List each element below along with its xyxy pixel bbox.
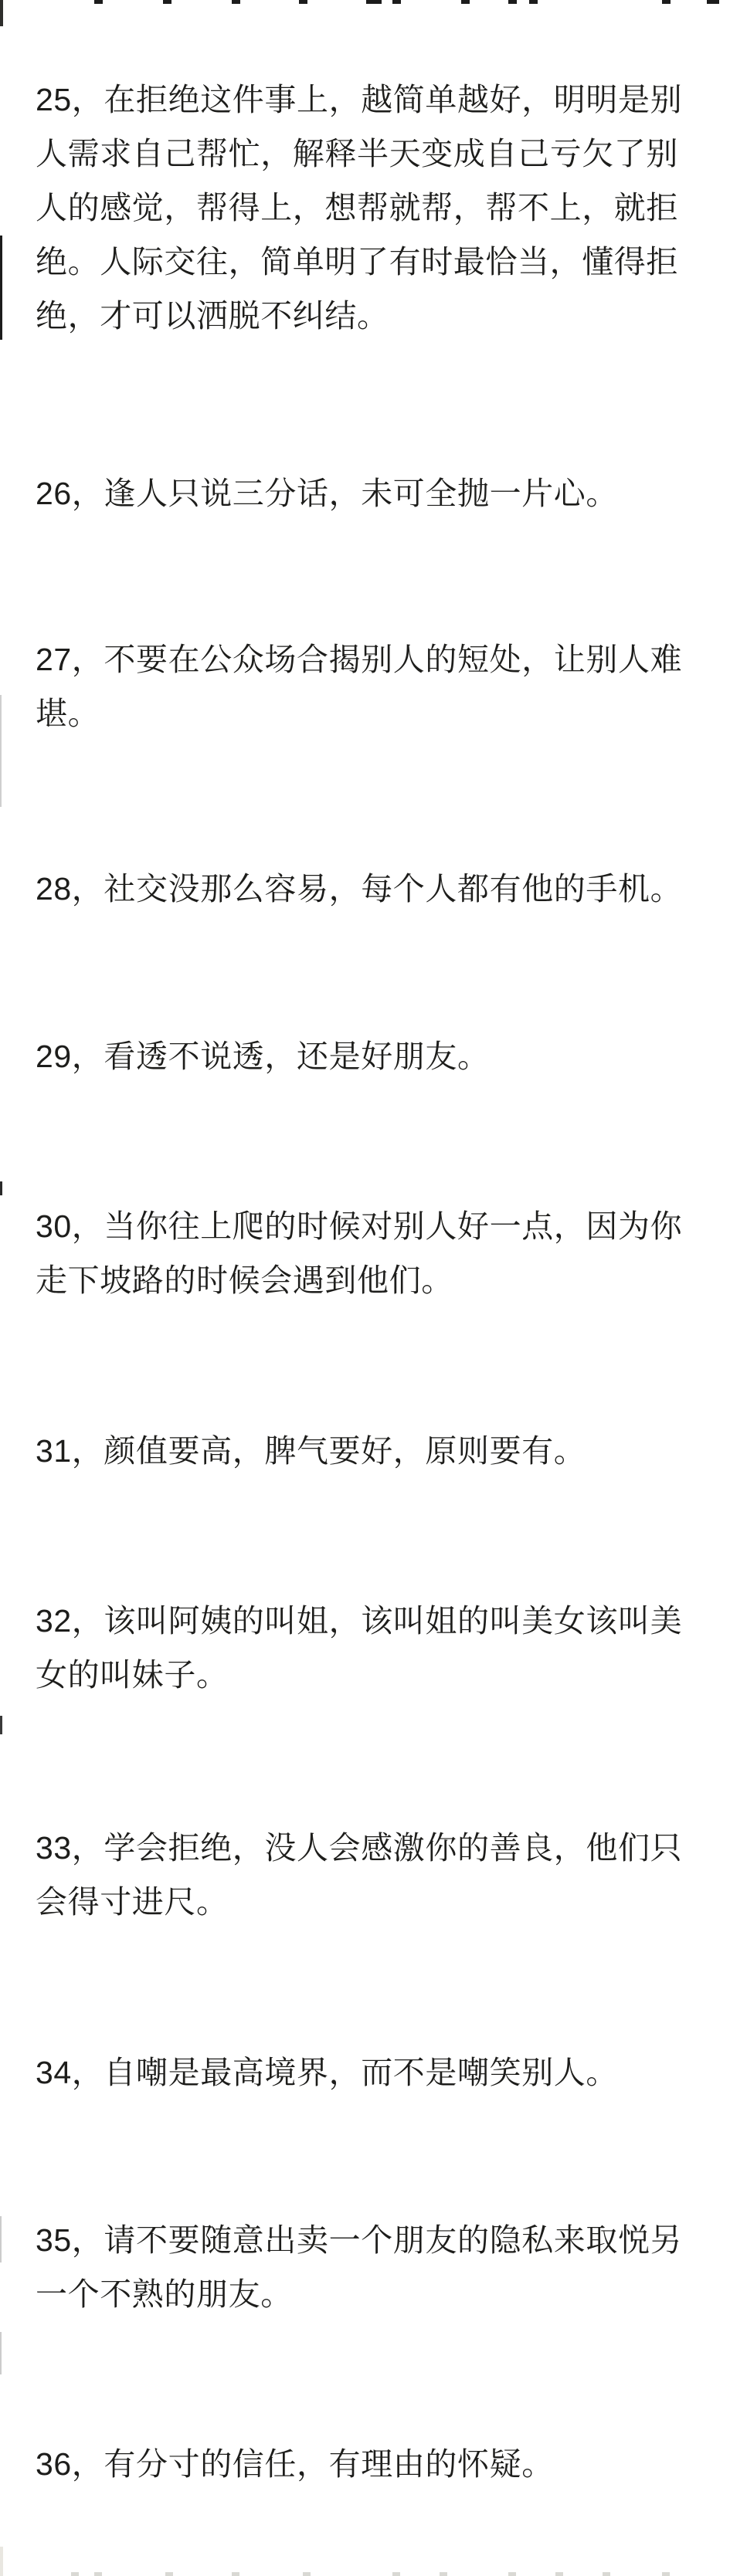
crop-artifact	[707, 0, 719, 4]
tip-31: 31，颜值要高，脾气要好，原则要有。	[36, 1424, 683, 1478]
crop-artifact	[94, 0, 103, 4]
crop-artifact	[0, 1716, 2, 1734]
tip-36: 36，有分寸的信任，有理由的怀疑。	[36, 2437, 683, 2491]
tip-32: 32，该叫阿姨的叫姐，该叫姐的叫美女该叫美女的叫妹子。	[36, 1594, 683, 1702]
crop-artifact	[303, 2572, 311, 2576]
crop-artifact	[0, 2547, 3, 2576]
tip-35: 35，请不要随意出卖一个朋友的隐私来取悦另一个不熟的朋友。	[36, 2213, 683, 2321]
crop-artifact	[232, 0, 240, 4]
crop-artifact	[529, 0, 538, 4]
crop-artifact	[366, 0, 382, 4]
crop-artifact	[392, 2572, 400, 2576]
crop-artifact	[71, 2572, 79, 2576]
crop-artifact	[508, 2572, 516, 2576]
crop-artifact	[440, 2572, 447, 2576]
tip-34: 34，自嘲是最高境界，而不是嘲笑别人。	[36, 2046, 683, 2100]
crop-artifact	[165, 2572, 173, 2576]
crop-artifact	[392, 0, 401, 4]
crop-artifact	[662, 2572, 670, 2576]
crop-artifact	[461, 0, 470, 4]
tip-25: 25，在拒绝这件事上，越简单越好，明明是别人需求自己帮忙，解释半天变成自己亏欠了…	[36, 73, 683, 343]
crop-artifact	[603, 2572, 610, 2576]
tip-28: 28，社交没那么容易，每个人都有他的手机。	[36, 862, 683, 916]
crop-artifact	[0, 1181, 2, 1195]
crop-artifact	[0, 236, 2, 340]
tip-27: 27，不要在公众场合揭别人的短处，让别人难堪。	[36, 632, 683, 741]
crop-artifact	[662, 0, 671, 4]
crop-artifact	[0, 695, 2, 807]
crop-artifact	[94, 2572, 102, 2576]
tip-30: 30，当你往上爬的时候对别人好一点，因为你走下坡路的时候会遇到他们。	[36, 1199, 683, 1307]
tip-33: 33，学会拒绝，没人会感激你的善良，他们只会得寸进尺。	[36, 1821, 683, 1929]
crop-artifact	[0, 2216, 2, 2262]
crop-artifact	[0, 0, 3, 26]
crop-artifact	[508, 0, 517, 4]
tip-26: 26，逢人只说三分话，未可全抛一片心。	[36, 466, 683, 520]
tip-29: 29，看透不说透，还是好朋友。	[36, 1029, 683, 1083]
crop-artifact	[232, 2572, 239, 2576]
crop-artifact	[163, 0, 171, 4]
crop-artifact	[299, 0, 307, 4]
crop-artifact	[0, 2332, 2, 2374]
crop-artifact	[555, 2572, 563, 2576]
text-page: 25，在拒绝这件事上，越简单越好，明明是别人需求自己帮忙，解释半天变成自己亏欠了…	[0, 0, 730, 2576]
